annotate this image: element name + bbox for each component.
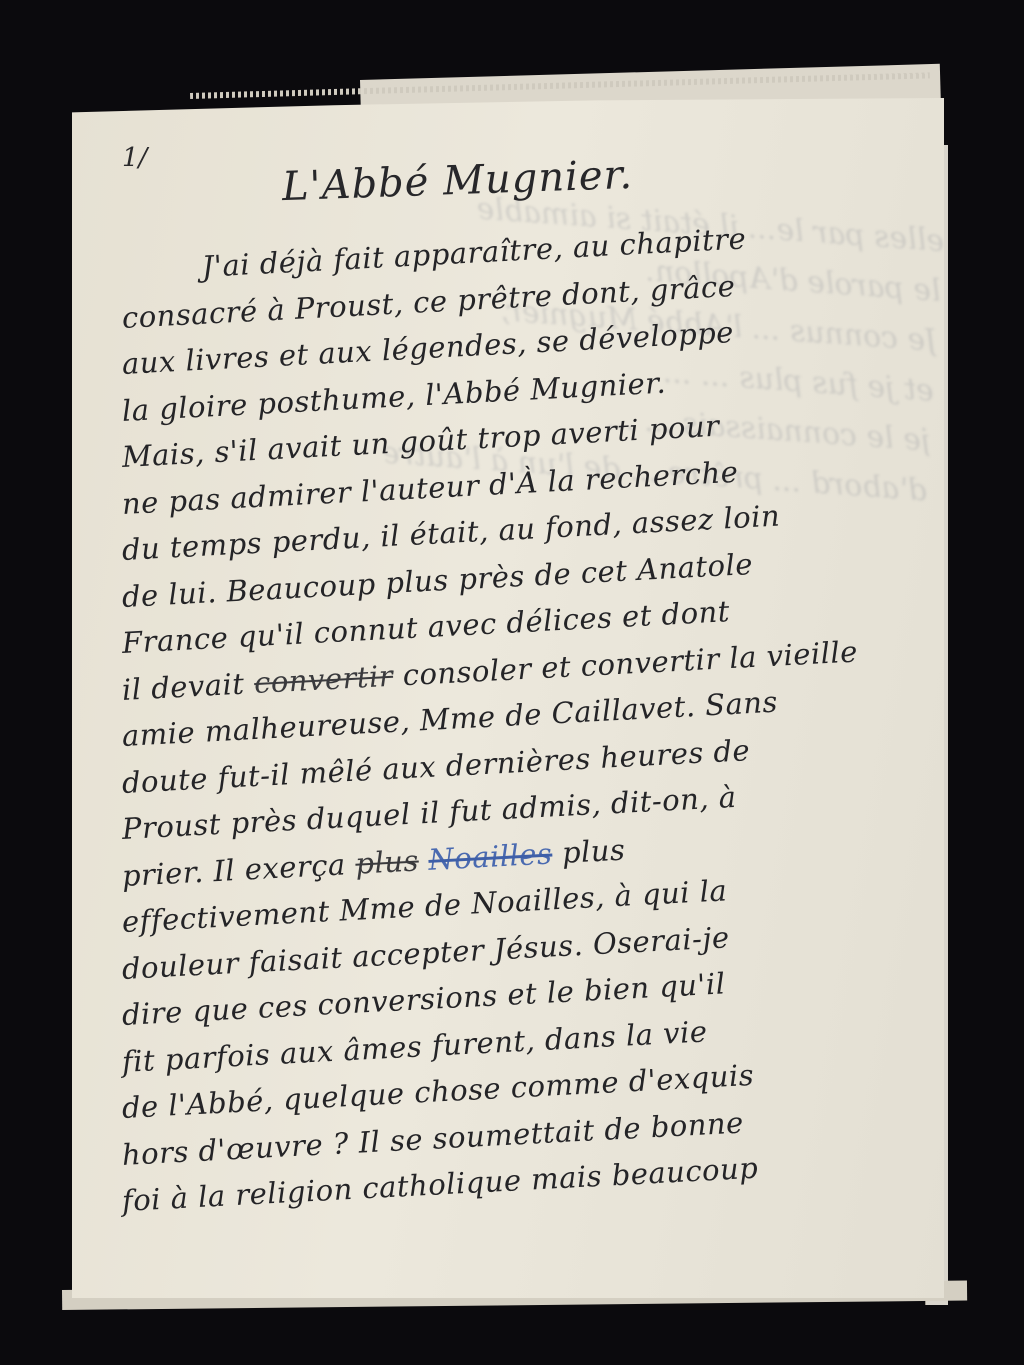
struck-out-word: convertir bbox=[253, 658, 394, 699]
page-number: 1/ bbox=[122, 143, 147, 173]
line-text: plus bbox=[551, 832, 626, 870]
manuscript-body: J'ai déjà fait apparaître, au chapitreco… bbox=[122, 248, 912, 1225]
blue-correction: Noailles bbox=[428, 836, 554, 876]
line-text: il devait bbox=[121, 666, 255, 707]
manuscript-page: elles par le... il était si aimable le p… bbox=[72, 98, 944, 1298]
line-text: prier. Il exerça bbox=[121, 846, 356, 892]
struck-out-word: plus bbox=[354, 843, 419, 880]
